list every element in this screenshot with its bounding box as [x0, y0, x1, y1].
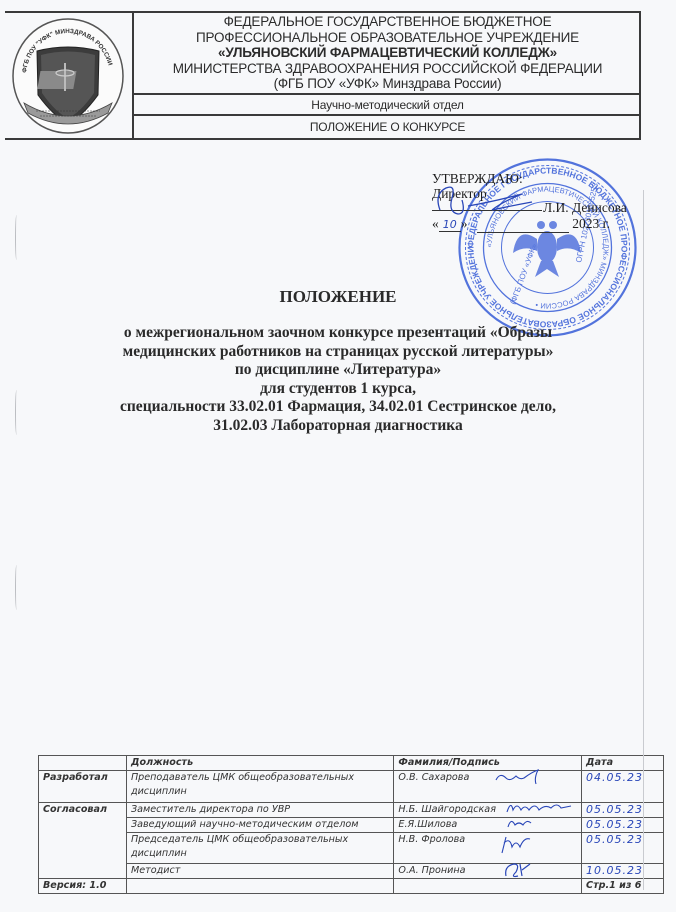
empty-cell [394, 879, 582, 894]
college-logo: ФГБ ПОУ "УФК" МИНЗДРАВА РОССИИ [10, 17, 126, 135]
signature-shilova [505, 815, 535, 830]
header-top-border [5, 11, 641, 13]
scan-bleed-line [643, 190, 644, 890]
header-row-divider [132, 114, 641, 116]
date-cell: 04.05.23 [582, 771, 664, 803]
name-cell: Н.В. Фролова [394, 833, 582, 864]
approval-sheet-table: Должность Фамилия/Подпись Дата Разработа… [38, 755, 664, 894]
org-line: ПРОФЕССИОНАЛЬНОЕ ОБРАЗОВАТЕЛЬНОЕ УЧРЕЖДЕ… [135, 30, 640, 46]
group-cell: Разработал [39, 771, 127, 803]
subtitle-line: специальности 33.02.01 Фармация, 34.02.0… [0, 398, 676, 417]
table-row: Методист О.А. Пронина 10.05.23 [39, 864, 664, 879]
org-line: (ФГБ ПОУ «УФК» Минздрава России) [135, 76, 640, 92]
table-header-cell: Дата [582, 756, 664, 771]
subtitle-line: 31.02.03 Лабораторная диагностика [0, 417, 676, 436]
header-row-divider [132, 93, 641, 95]
org-line: ФЕДЕРАЛЬНОЕ ГОСУДАРСТВЕННОЕ БЮДЖЕТНОЕ [135, 14, 640, 30]
table-header-cell [39, 756, 127, 771]
header-logo-divider [132, 11, 134, 140]
signature-sakharova [494, 768, 544, 786]
position-cell: Заведующий научно-методическим отделом [126, 818, 393, 833]
approval-year: 2023 г. [572, 216, 610, 231]
subtitle-line: для студентов 1 курса, [0, 380, 676, 399]
binding-hole-mark [15, 215, 18, 260]
document-subtitle: о межрегиональном заочном конкурсе презе… [0, 324, 676, 435]
header-bottom-border [5, 138, 641, 140]
page-number-cell: Стр.1 из 6 [582, 879, 664, 894]
date-cell: 10.05.23 [582, 864, 664, 879]
date-cell: 05.05.23 [582, 833, 664, 864]
signature-pronina [502, 860, 532, 880]
signature-frolova [498, 833, 534, 855]
approval-day: 10 [439, 218, 461, 232]
table-footer-row: Версия: 1.0 Стр.1 из 6 [39, 879, 664, 894]
org-line-college: «УЛЬЯНОВСКИЙ ФАРМАЦЕВТИЧЕСКИЙ КОЛЛЕДЖ» [135, 45, 640, 61]
position-cell: Председатель ЦМК общеобразовательных дис… [126, 833, 393, 864]
document-title: ПОЛОЖЕНИЕ [0, 287, 676, 307]
name-cell: Е.Я.Шилова [394, 818, 582, 833]
subtitle-line: по дисциплине «Литература» [0, 361, 676, 380]
position-cell: Преподаватель ЦМК общеобразовательных ди… [126, 771, 393, 803]
subtitle-line: о межрегиональном заочном конкурсе презе… [0, 324, 676, 343]
date-cell: 05.05.23 [582, 818, 664, 833]
org-line: МИНИСТЕРСТВА ЗДРАВООХРАНЕНИЯ РОССИЙСКОЙ … [135, 61, 640, 77]
table-header-row: Должность Фамилия/Подпись Дата [39, 756, 664, 771]
table-row: Заведующий научно-методическим отделом Е… [39, 818, 664, 833]
table-header-cell: Должность [126, 756, 393, 771]
organization-name: ФЕДЕРАЛЬНОЕ ГОСУДАРСТВЕННОЕ БЮДЖЕТНОЕ ПР… [135, 14, 640, 92]
position-cell: Заместитель директора по УВР [126, 803, 393, 818]
version-cell: Версия: 1.0 [39, 879, 127, 894]
document-type: ПОЛОЖЕНИЕ О КОНКУРСЕ [135, 118, 640, 136]
signature-shaygorodskaya [505, 798, 573, 816]
director-signature [432, 180, 562, 220]
table-row: Председатель ЦМК общеобразовательных дис… [39, 833, 664, 864]
group-cell: Согласовал [39, 803, 127, 879]
name-cell: О.А. Пронина [394, 864, 582, 879]
binding-hole-mark [15, 390, 18, 435]
date-cell: 05.05.23 [582, 803, 664, 818]
department-name: Научно-методический отдел [135, 97, 640, 113]
empty-cell [126, 879, 393, 894]
subtitle-line: медицинских работников на страницах русс… [0, 343, 676, 362]
binding-hole-mark [15, 565, 18, 610]
table-header-cell: Фамилия/Подпись [394, 756, 582, 771]
position-cell: Методист [126, 864, 393, 879]
